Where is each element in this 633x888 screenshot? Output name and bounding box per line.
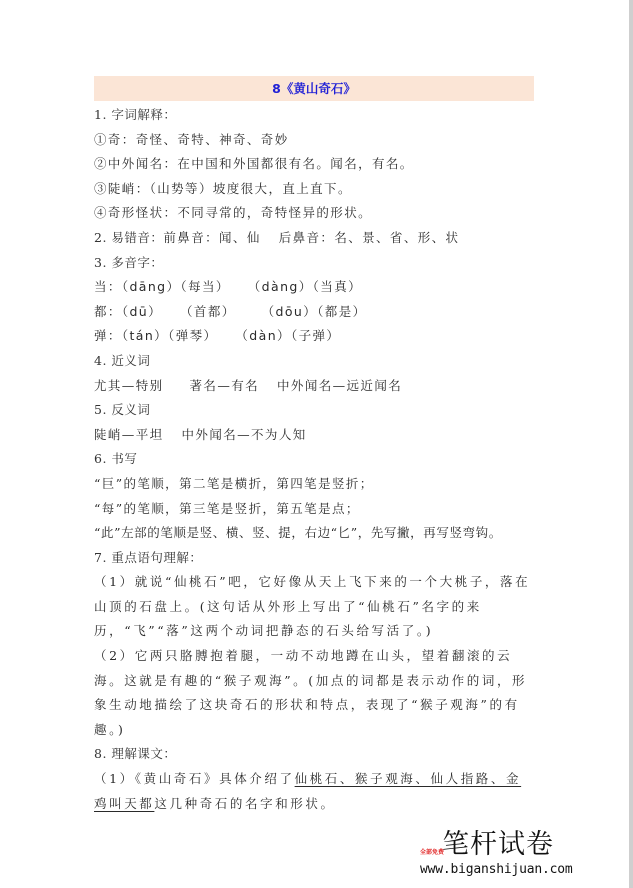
key-sentence-paragraph: （1）就说“仙桃石”吧，它好像从天上飞下来的一个大桃子，落在山顶的石盘上。(这句…: [94, 570, 534, 644]
definition-item: ④奇形怪状：不同寻常的，奇特怪异的形状。: [94, 201, 534, 226]
section-2-line: 2. 易错音：前鼻音：闻、仙后鼻音：名、景、省、形、状: [94, 226, 534, 251]
definition-item: ③陡峭：（山势等）坡度很大，直上直下。: [94, 177, 534, 202]
polyphone-row: 都：（dū）（首都）（dōu）（都是）: [94, 300, 534, 325]
section-3-heading: 3. 多音字：: [94, 251, 534, 276]
synonym-pair: 著名—有名: [190, 378, 260, 393]
stroke-order-line: “此”左部的笔顺是竖、横、竖、提，右边“匕”，先写撇，再写竖弯钩。: [94, 521, 534, 546]
paragraph-text: 这几种奇石的名字和形状。: [154, 796, 335, 811]
example-word: （当真）: [313, 279, 362, 294]
stroke-order-line: “每”的笔顺，第三笔是竖折，第五笔是点；: [94, 497, 534, 522]
example-word: （每当）: [180, 279, 229, 294]
front-nasal-label: 前鼻音：: [163, 230, 219, 245]
definition-item: ①奇：奇怪、奇特、神奇、奇妙: [94, 128, 534, 153]
watermark-free-badge: 全部免费: [420, 847, 444, 856]
comprehension-paragraph: （1）《黄山奇石》具体介绍了仙桃石、猴子观海、仙人指路、金鸡叫天都这几种奇石的名…: [94, 767, 534, 816]
example-word: （弹琴）: [168, 328, 217, 343]
lesson-title: 8《黄山奇石》: [94, 76, 534, 101]
section-5-heading: 5. 反义词: [94, 398, 534, 423]
pinyin: （tán）: [122, 328, 168, 343]
antonym-pair: 陡峭—平坦: [94, 427, 164, 442]
key-sentence-paragraph: （2）它两只胳膊抱着腿，一动不动地蹲在山头，望着翻滚的云海。这就是有趣的“猴子观…: [94, 644, 534, 742]
polyphone-char: 弹：: [94, 328, 122, 343]
synonym-pair: 尤其—特别: [94, 378, 164, 393]
antonym-pair: 中外闻名—不为人知: [182, 427, 307, 442]
polyphone-row: 当：（dāng）（每当）（dàng）（当真）: [94, 275, 534, 300]
example-word: （首都）: [180, 304, 236, 319]
pinyin: （dàng）: [248, 279, 313, 294]
example-word: （都是）: [317, 304, 366, 319]
page-edge-border: [629, 0, 633, 888]
section-7-heading: 7. 重点语句理解：: [94, 546, 534, 571]
watermark-url: www.biganshijuan.com: [420, 862, 573, 877]
back-nasal-chars: 名、景、省、形、状: [334, 230, 459, 245]
polyphone-char: 当：: [94, 279, 122, 294]
polyphone-char: 都：: [94, 304, 122, 319]
definition-item: ②中外闻名：在中国和外国都很有名。闻名，有名。: [94, 152, 534, 177]
antonym-line: 陡峭—平坦中外闻名—不为人知: [94, 423, 534, 448]
watermark-brand: 笔杆试卷: [442, 830, 554, 860]
watermark-logo: 笔杆试卷 全部免费 www.biganshijuan.com: [420, 830, 590, 885]
section-4-heading: 4. 近义词: [94, 349, 534, 374]
polyphone-row: 弹：（tán）（弹琴）（dàn）（子弹）: [94, 324, 534, 349]
section-8-heading: 8. 理解课文：: [94, 742, 534, 767]
section-2-heading: 2. 易错音：: [94, 230, 163, 245]
pinyin: （dū）: [122, 304, 162, 319]
pinyin: （dàn）: [235, 328, 291, 343]
stroke-order-line: “巨”的笔顺，第二笔是横折，第四笔是竖折；: [94, 472, 534, 497]
back-nasal-label: 后鼻音：: [279, 230, 335, 245]
paragraph-text: （1）《黄山奇石》具体介绍了: [94, 771, 295, 786]
section-6-heading: 6. 书写: [94, 447, 534, 472]
synonym-line: 尤其—特别著名—有名中外闻名—远近闻名: [94, 374, 534, 399]
front-nasal-chars: 闻、仙: [219, 230, 261, 245]
document-page: 8《黄山奇石》 1. 字词解释： ①奇：奇怪、奇特、神奇、奇妙 ②中外闻名：在中…: [94, 76, 534, 816]
synonym-pair: 中外闻名—远近闻名: [277, 378, 402, 393]
pinyin: （dōu）: [262, 304, 318, 319]
example-word: （子弹）: [291, 328, 340, 343]
section-1-heading: 1. 字词解释：: [94, 103, 534, 128]
pinyin: （dāng）: [122, 279, 181, 294]
